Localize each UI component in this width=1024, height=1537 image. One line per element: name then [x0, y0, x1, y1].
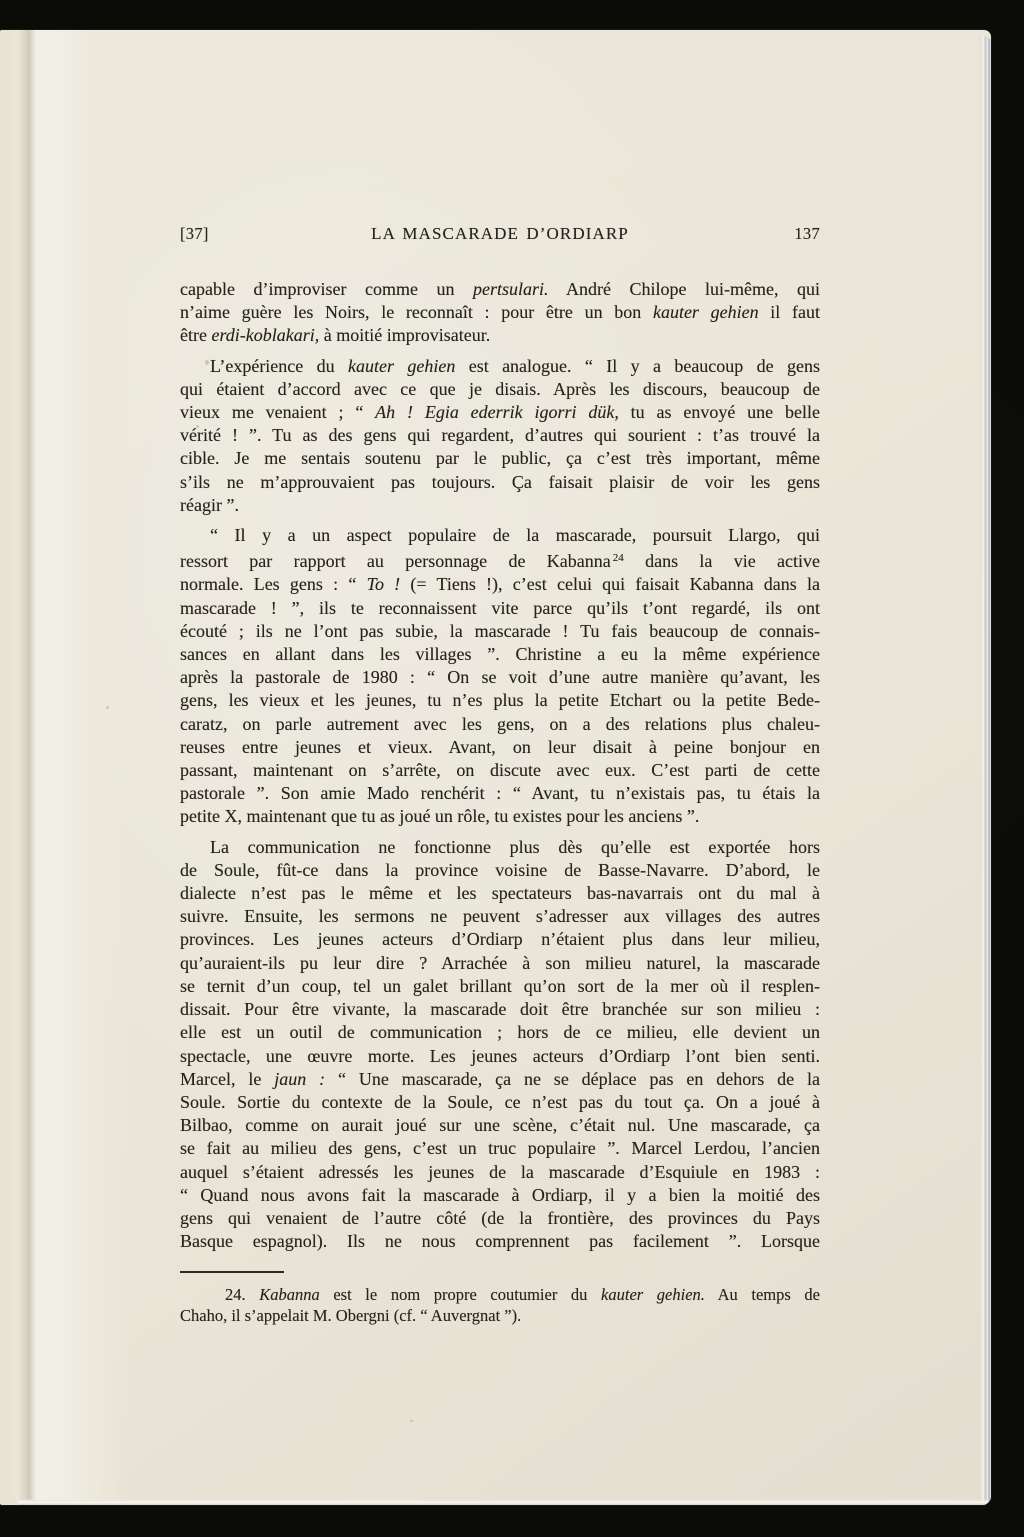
text-line: s’ils ne m’approuvaient pas toujours. Ça… — [180, 471, 820, 494]
text-line: auquel s’étaient adressés les jeunes de … — [180, 1161, 820, 1184]
text-line: “ Il y a un aspect populaire de la masca… — [180, 524, 820, 547]
italic-text-run: To ! — [367, 574, 401, 594]
paper-speck — [410, 1420, 413, 1422]
text-line: être erdi-koblakari, à moitié improvisat… — [180, 324, 820, 347]
text-run: qui étaient d’accord avec ce que je disa… — [180, 379, 820, 399]
paragraph: capable d’improviser comme un pertsulari… — [180, 278, 820, 348]
page-gutter-fold — [0, 30, 130, 1501]
paper-speck — [106, 706, 109, 709]
text-line: reuses entre jeunes et vieux. Avant, on … — [180, 736, 820, 759]
paragraph: 24. Kabanna est le nom propre coutumier … — [180, 1284, 820, 1326]
page-header: [37] LA MASCARADE D’ORDIARP 137 — [180, 223, 820, 244]
italic-text-run: kauter gehien — [653, 302, 759, 322]
text-run: n’aime guère les Noirs, le reconnaît : p… — [180, 302, 653, 322]
article-page-bracket: [37] — [180, 223, 290, 244]
paragraph: “ Il y a un aspect populaire de la masca… — [180, 524, 820, 829]
text-run: Marcel, le — [180, 1069, 274, 1089]
text-run: passant, maintenant on s’arrête, on disc… — [180, 760, 820, 780]
text-run: pastorale ”. Son amie Mado renchérit : “… — [180, 783, 820, 803]
text-run: ressort par rapport au personnage de Kab… — [180, 551, 611, 571]
italic-text-run: Kabanna — [259, 1285, 320, 1304]
text-line: spectacle, une œuvre morte. Les jeunes a… — [180, 1045, 820, 1068]
text-run: spectacle, une œuvre morte. Les jeunes a… — [180, 1046, 820, 1066]
text-run: vieux me venaient ; “ — [180, 402, 375, 422]
text-run: dissait. Pour être vivante, la mascarade… — [180, 999, 820, 1019]
page-number: 137 — [710, 223, 820, 244]
text-run: se fait au milieu des gens, c’est un tru… — [180, 1138, 820, 1158]
text-run: être — [180, 325, 211, 345]
text-run: Bilbao, comme on aurait joué sur une scè… — [180, 1115, 820, 1135]
text-run: provinces. Les jeunes acteurs d’Ordiarp … — [180, 929, 820, 949]
text-run: est analogue. “ Il y a beaucoup de gens — [455, 356, 820, 376]
text-line: écouté ; ils ne l’ont pas subie, la masc… — [180, 620, 820, 643]
text-line: qu’auraient-ils pu leur dire ? Arrachée … — [180, 952, 820, 975]
text-run: cible. Je me sentais soutenu par le publ… — [180, 448, 820, 468]
text-run: caratz, on parle autrement avec les gens… — [180, 714, 820, 734]
text-run: elle est un outil de communication ; hor… — [180, 1022, 820, 1042]
book-page: [37] LA MASCARADE D’ORDIARP 137 capable … — [0, 30, 991, 1505]
text-line: cible. Je me sentais soutenu par le publ… — [180, 447, 820, 470]
text-run: capable d’improviser comme un — [180, 279, 473, 299]
text-line: L’expérience du kauter gehien est analog… — [180, 355, 820, 378]
text-line: vieux me venaient ; “ Ah ! Egia ederrik … — [180, 401, 820, 424]
text-line: dialecte n’est pas le même et les specta… — [180, 882, 820, 905]
text-run: gens qui venaient de l’autre côté (de la… — [180, 1208, 820, 1228]
text-line: elle est un outil de communication ; hor… — [180, 1021, 820, 1044]
text-line: normale. Les gens : “ To ! (= Tiens !), … — [180, 573, 820, 596]
text-run: mascarade ! ”, ils te reconnaissent vite… — [180, 598, 820, 618]
page-edge-stack-right — [979, 36, 991, 1505]
running-title: LA MASCARADE D’ORDIARP — [290, 223, 710, 244]
footnote-text: 24. Kabanna est le nom propre coutumier … — [180, 1284, 820, 1326]
paragraph: La communication ne fonctionne plus dès … — [180, 836, 820, 1254]
text-run: réagir ”. — [180, 495, 239, 515]
italic-text-run: Ah ! Egia ederrik igorri dük, — [375, 402, 619, 422]
text-run: sances en allant dans les villages ”. Ch… — [180, 644, 820, 664]
text-line: réagir ”. — [180, 494, 820, 517]
text-line: passant, maintenant on s’arrête, on disc… — [180, 759, 820, 782]
text-run: se ternit d’un coup, tel un galet brilla… — [180, 976, 820, 996]
text-line: qui étaient d’accord avec ce que je disa… — [180, 378, 820, 401]
text-line: gens qui venaient de l’autre côté (de la… — [180, 1207, 820, 1230]
footnote-reference: 24 — [613, 552, 624, 564]
text-line: ressort par rapport au personnage de Kab… — [180, 547, 820, 573]
text-line: après la pastorale de 1980 : “ On se voi… — [180, 666, 820, 689]
text-run: “ Il y a un aspect populaire de la masca… — [210, 525, 820, 545]
text-run: tu as envoyé une belle — [619, 402, 820, 422]
text-line: se fait au milieu des gens, c’est un tru… — [180, 1137, 820, 1160]
text-run: est le nom propre coutumier du — [320, 1285, 601, 1304]
body-text: capable d’improviser comme un pertsulari… — [180, 278, 820, 1253]
text-line: Chaho, il s’appelait M. Obergni (cf. “ A… — [180, 1305, 820, 1326]
text-run: à moitié improvisateur. — [319, 325, 490, 345]
text-line: caratz, on parle autrement avec les gens… — [180, 713, 820, 736]
text-run: 24. — [225, 1285, 259, 1304]
text-run: de Soule, fût-ce dans la province voisin… — [180, 860, 820, 880]
page-edge-stack-bottom — [18, 1499, 989, 1505]
text-line: suivre. Ensuite, les sermons ne peuvent … — [180, 905, 820, 928]
italic-text-run: pertsulari. — [473, 279, 549, 299]
text-run: auquel s’étaient adressés les jeunes de … — [180, 1162, 820, 1182]
text-line: gens, les vieux et les jeunes, tu n’es p… — [180, 689, 820, 712]
text-line: n’aime guère les Noirs, le reconnaît : p… — [180, 301, 820, 324]
text-run: André Chilope lui-même, qui — [548, 279, 820, 299]
paragraph: L’expérience du kauter gehien est analog… — [180, 355, 820, 517]
italic-text-run: jaun : — [274, 1069, 325, 1089]
italic-text-run: erdi-koblakari, — [211, 325, 319, 345]
text-line: de Soule, fût-ce dans la province voisin… — [180, 859, 820, 882]
text-column: [37] LA MASCARADE D’ORDIARP 137 capable … — [180, 223, 820, 1326]
text-run: Basque espagnol). Ils ne nous comprennen… — [180, 1231, 820, 1251]
text-run: écouté ; ils ne l’ont pas subie, la masc… — [180, 621, 820, 641]
text-run: après la pastorale de 1980 : “ On se voi… — [180, 667, 820, 687]
text-line: dissait. Pour être vivante, la mascarade… — [180, 998, 820, 1021]
text-run: petite X, maintenant que tu as joué un r… — [180, 806, 699, 826]
text-line: Bilbao, comme on aurait joué sur une scè… — [180, 1114, 820, 1137]
text-run: reuses entre jeunes et vieux. Avant, on … — [180, 737, 820, 757]
text-line: petite X, maintenant que tu as joué un r… — [180, 805, 820, 828]
text-line: Soule. Sortie du contexte de la Soule, c… — [180, 1091, 820, 1114]
text-run: “ Une mascarade, ça ne se déplace pas en… — [325, 1069, 820, 1089]
text-line: pastorale ”. Son amie Mado renchérit : “… — [180, 782, 820, 805]
text-line: vérité ! ”. Tu as des gens qui regardent… — [180, 424, 820, 447]
text-run: dialecte n’est pas le même et les specta… — [180, 883, 820, 903]
text-run: suivre. Ensuite, les sermons ne peuvent … — [180, 906, 820, 926]
text-run: dans la vie active — [624, 551, 820, 571]
text-run: il faut — [759, 302, 820, 322]
text-run: Au temps de — [705, 1285, 820, 1304]
text-line: La communication ne fonctionne plus dès … — [180, 836, 820, 859]
italic-text-run: kauter gehien. — [601, 1285, 705, 1304]
text-run: s’ils ne m’approuvaient pas toujours. Ça… — [180, 472, 820, 492]
text-line: se ternit d’un coup, tel un galet brilla… — [180, 975, 820, 998]
text-line: “ Quand nous avons fait la mascarade à O… — [180, 1184, 820, 1207]
text-line: mascarade ! ”, ils te reconnaissent vite… — [180, 597, 820, 620]
text-line: Marcel, le jaun : “ Une mascarade, ça ne… — [180, 1068, 820, 1091]
footnote-separator — [180, 1271, 284, 1273]
text-run: normale. Les gens : “ — [180, 574, 367, 594]
text-run: Chaho, il s’appelait M. Obergni (cf. “ A… — [180, 1306, 521, 1325]
italic-text-run: kauter gehien — [348, 356, 455, 376]
text-run: L’expérience du — [210, 356, 348, 376]
text-line: capable d’improviser comme un pertsulari… — [180, 278, 820, 301]
text-line: Basque espagnol). Ils ne nous comprennen… — [180, 1230, 820, 1253]
text-run: La communication ne fonctionne plus dès … — [210, 837, 820, 857]
text-run: Soule. Sortie du contexte de la Soule, c… — [180, 1092, 820, 1112]
text-run: gens, les vieux et les jeunes, tu n’es p… — [180, 690, 820, 710]
text-run: qu’auraient-ils pu leur dire ? Arrachée … — [180, 953, 820, 973]
text-run: vérité ! ”. Tu as des gens qui regardent… — [180, 425, 820, 445]
scan-background: { "colors": { "paper": "#e9e5d8", "ink":… — [0, 0, 1024, 1537]
text-line: sances en allant dans les villages ”. Ch… — [180, 643, 820, 666]
text-run: (= Tiens !), c’est celui qui faisait Kab… — [400, 574, 820, 594]
text-line: provinces. Les jeunes acteurs d’Ordiarp … — [180, 928, 820, 951]
text-line: 24. Kabanna est le nom propre coutumier … — [180, 1284, 820, 1305]
text-run: “ Quand nous avons fait la mascarade à O… — [180, 1185, 820, 1205]
